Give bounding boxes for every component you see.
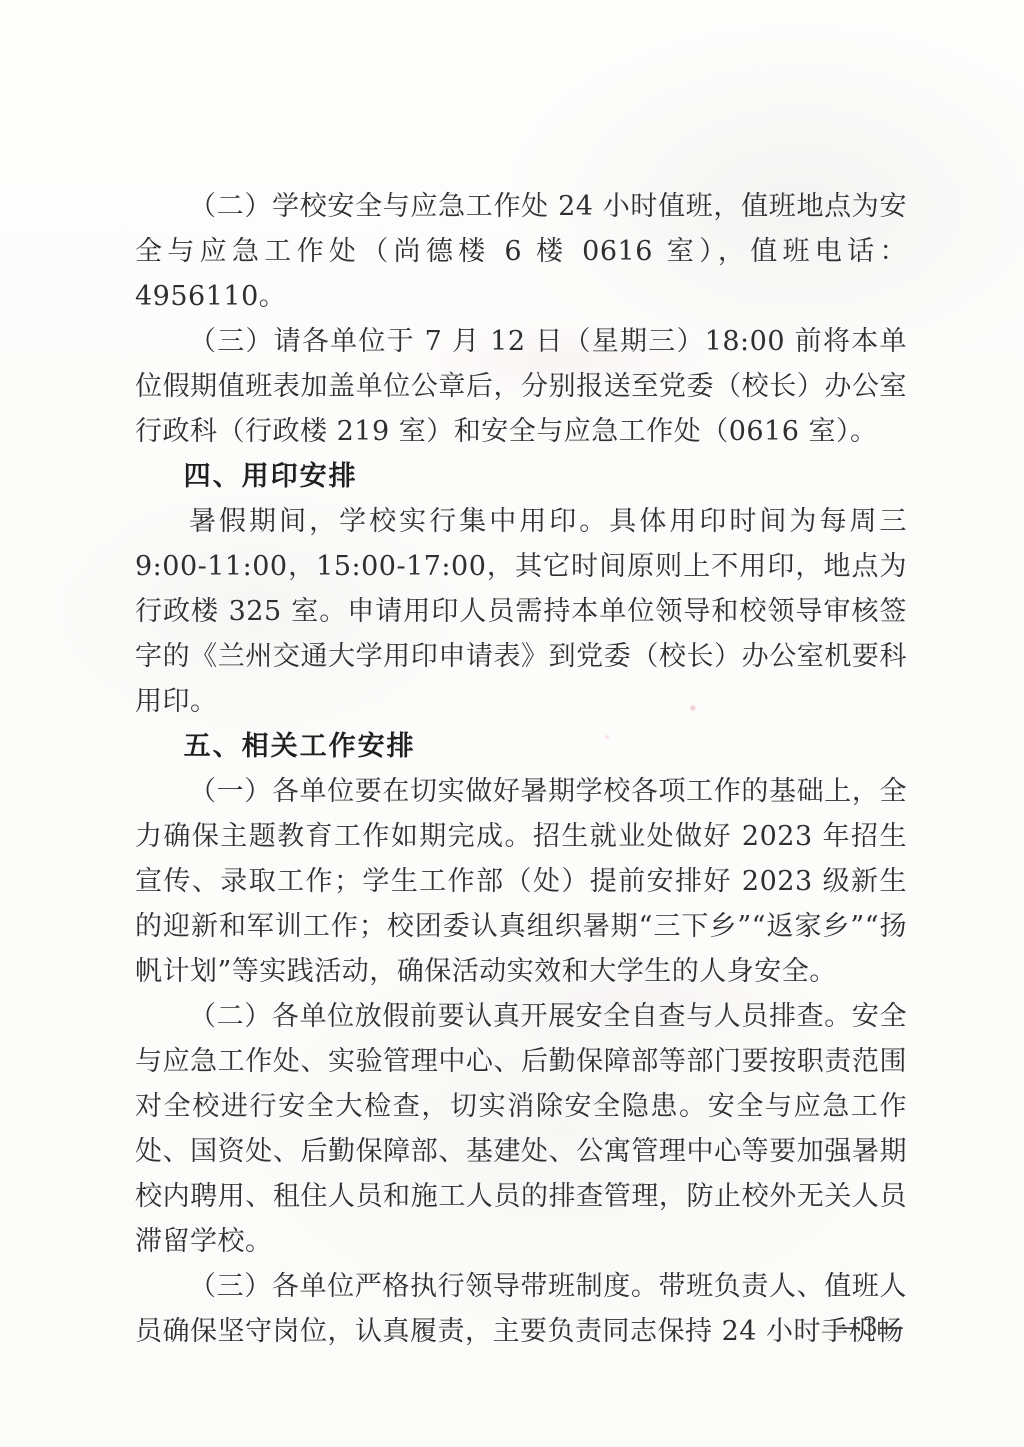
paragraph: （二）学校安全与应急工作处 24 小时值班，值班地点为安全与应急工作处（尚德楼 … — [135, 184, 907, 319]
document-page: （二）学校安全与应急工作处 24 小时值班，值班地点为安全与应急工作处（尚德楼 … — [0, 0, 1024, 1447]
paragraph: （二）各单位放假前要认真开展安全自查与人员排查。安全与应急工作处、实验管理中心、… — [135, 994, 907, 1264]
paragraph: （三）各单位严格执行领导带班制度。带班负责人、值班人员确保坚守岗位，认真履责，主… — [135, 1264, 907, 1354]
paragraph: 暑假期间，学校实行集中用印。具体用印时间为每周三 9:00-11:00，15:0… — [135, 499, 907, 724]
paragraph: （三）请各单位于 7 月 12 日（星期三）18:00 前将本单位假期值班表加盖… — [135, 319, 907, 454]
paragraph: （一）各单位要在切实做好暑期学校各项工作的基础上，全力确保主题教育工作如期完成。… — [135, 769, 907, 994]
page-number: —3— — [836, 1312, 905, 1341]
section-heading: 四、用印安排 — [135, 454, 907, 499]
document-body: （二）学校安全与应急工作处 24 小时值班，值班地点为安全与应急工作处（尚德楼 … — [135, 184, 907, 1354]
section-heading: 五、相关工作安排 — [135, 724, 907, 769]
